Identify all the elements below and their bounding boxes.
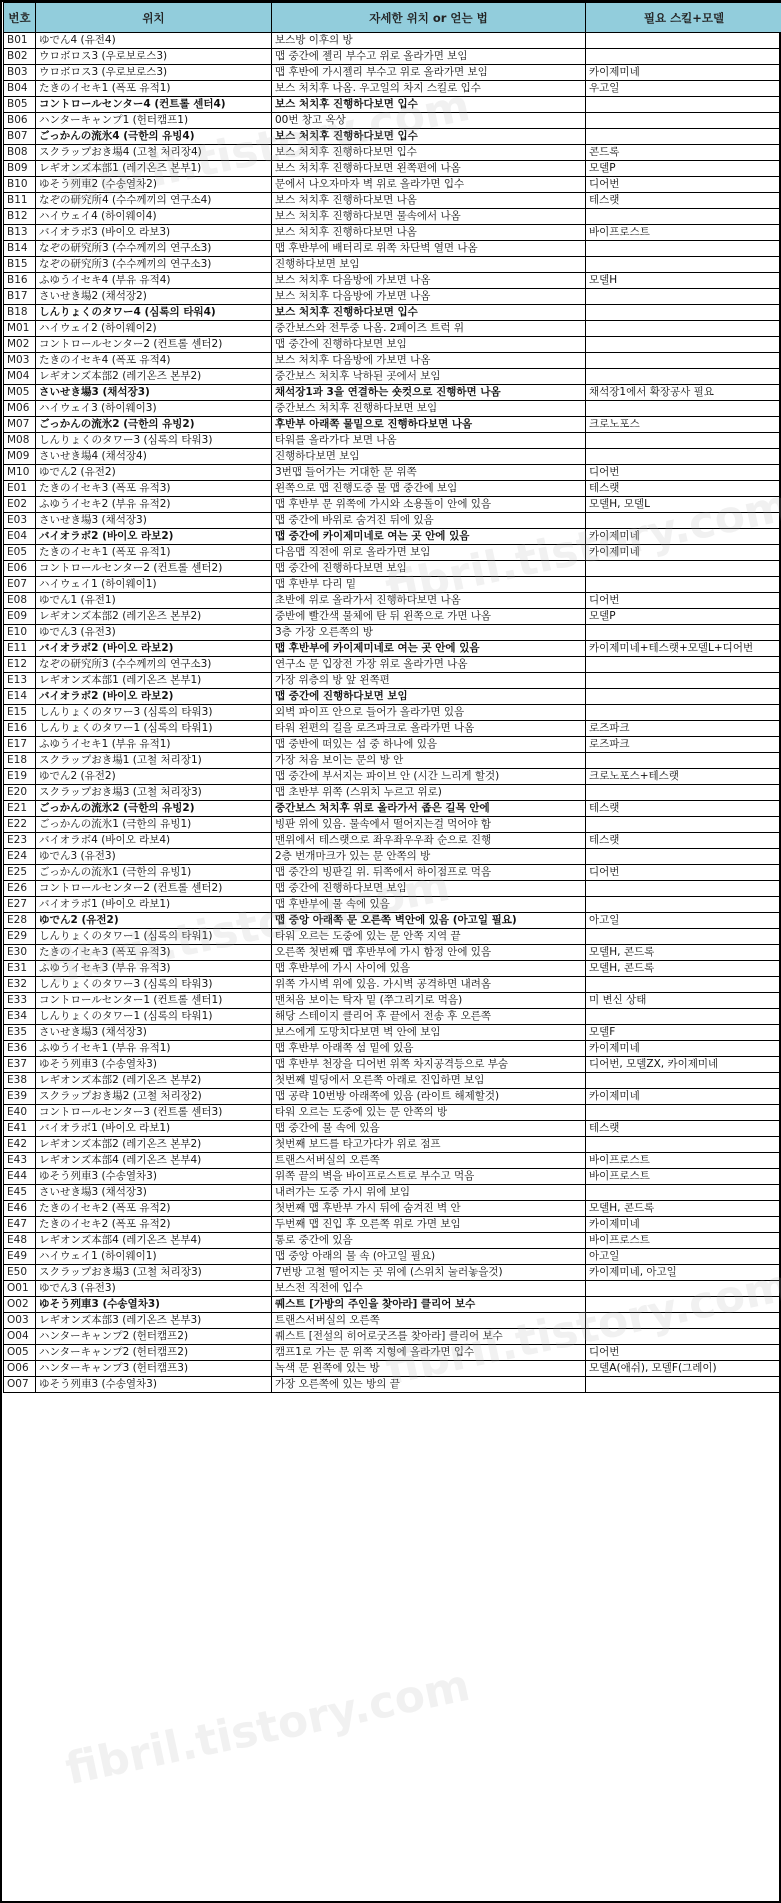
table-row: E34しんりょくのタワー1 (심록의 타워1)해당 스테이지 클리어 후 끝에서… [4,1009,781,1025]
cell-required: 미 변신 상태 [586,993,781,1009]
cell-required [586,33,781,49]
cell-detail: 후반부 아래쪽 물밑으로 진행하다보면 나옴 [272,417,586,433]
cell-number: E14 [4,689,36,705]
table-row: E01たきのイセキ3 (폭포 유적3)왼쪽으로 맵 진행도중 물 맵 중간에 보… [4,481,781,497]
cell-detail: 맵 중간에 진행하다보면 보임 [272,881,586,897]
table-row: E07ハイウェイ1 (하이웨이1)맵 후반부 다리 밑 [4,577,781,593]
cell-location: ごっかんの流氷4 (극한의 유빙4) [36,129,272,145]
cell-required: 모델H, 콘드록 [586,961,781,977]
table-row: E15しんりょくのタワー3 (심록의 타워3)외벽 파이프 안으로 들어가 올라… [4,705,781,721]
cell-location: さいせき場3 (채석장3) [36,1185,272,1201]
cell-location: なぞの研究所3 (수수께끼의 연구소3) [36,657,272,673]
table-row: B13バイオラボ3 (바이오 라보3)보스 처치후 진행하다보면 나옴바이프로스… [4,225,781,241]
cell-required [586,881,781,897]
cell-required [586,321,781,337]
cell-number: M05 [4,385,36,401]
cell-number: B07 [4,129,36,145]
cell-location: しんりょくのタワー4 (심록의 타워4) [36,305,272,321]
cell-number: E47 [4,1217,36,1233]
cell-location: ごっかんの流氷2 (극한의 유빙2) [36,801,272,817]
cell-required [586,929,781,945]
cell-location: しんりょくのタワー3 (심록의 타워3) [36,433,272,449]
cell-number: B05 [4,97,36,113]
cell-required [586,753,781,769]
cell-location: スクラップおき場3 (고철 처리장3) [36,785,272,801]
cell-detail: 맨위에서 테스랫으로 좌우좌우우좌 순으로 진행 [272,833,586,849]
cell-location: ゆでん2 (유전2) [36,769,272,785]
cell-detail: 보스 처치후 진행하다보면 입수 [272,97,586,113]
cell-location: しんりょくのタワー3 (심록의 타워3) [36,705,272,721]
cell-location: スクラップおき場4 (고철 처리장4) [36,145,272,161]
cell-location: たきのイセキ2 (폭포 유적2) [36,1201,272,1217]
table-row: M08しんりょくのタワー3 (심록의 타워3)타워를 올라가다 보면 나옴 [4,433,781,449]
cell-number: E46 [4,1201,36,1217]
cell-required: 테스랫 [586,481,781,497]
cell-number: E39 [4,1089,36,1105]
table-row: E13レギオンズ本部1 (레기온즈 본부1)가장 위층의 방 앞 왼쪽편 [4,673,781,689]
table-row: B01ゆでん4 (유전4)보스방 이후의 방 [4,33,781,49]
cell-required: 카이제미네, 아고일 [586,1265,781,1281]
table-row: E35さいせき場3 (채석장3)보스에게 도망치다보면 벽 안에 보임모델F [4,1025,781,1041]
cell-required: 바이프로스트 [586,1233,781,1249]
cell-detail: 중간보스 처치후 진행하다보면 보임 [272,401,586,417]
cell-number: M04 [4,369,36,385]
cell-required [586,401,781,417]
cell-required [586,561,781,577]
table-row: E50スクラップおき場3 (고철 처리장3)7번방 고철 떨어지는 곳 위에 (… [4,1265,781,1281]
table-row: E32しんりょくのタワー3 (심록의 타워3)위쪽 가시벽 위에 있음. 가시벽… [4,977,781,993]
cell-detail: 맵 중간에 진행하다보면 보임 [272,689,586,705]
cell-number: E31 [4,961,36,977]
cell-location: バイオラボ3 (바이오 라보3) [36,225,272,241]
cell-number: E19 [4,769,36,785]
cell-required: 아고일 [586,1249,781,1265]
table-row: M03たきのイセキ4 (폭포 유적4)보스 처치후 다음방에 가보면 나옴 [4,353,781,369]
cell-location: レギオンズ本部2 (레기온즈 본부2) [36,369,272,385]
cell-required: 크로노포스+테스랫 [586,769,781,785]
cell-detail: 보스 처치후 다음방에 가보면 나옴 [272,353,586,369]
cell-location: たきのイセキ1 (폭포 유적1) [36,545,272,561]
cell-number: B14 [4,241,36,257]
cell-location: ハンターキャンプ3 (헌터캠프3) [36,1361,272,1377]
cell-required: 로즈파크 [586,721,781,737]
cell-detail: 맵 중간에 젤리 부수고 위로 올라가면 보임 [272,49,586,65]
table-row: E19ゆでん2 (유전2)맵 중간에 부서지는 파이브 안 (시간 느리게 할것… [4,769,781,785]
cell-location: ごっかんの流氷1 (극한의 유빙1) [36,817,272,833]
cell-detail: 첫번째 빌딩에서 오른쪽 아래로 진입하면 보임 [272,1073,586,1089]
table-row: E22ごっかんの流氷1 (극한의 유빙1)빙판 위에 있음. 물속에서 떨어지는… [4,817,781,833]
cell-location: さいせき場3 (채석장3) [36,1025,272,1041]
cell-detail: 맵 후반부 천장을 디어번 위쪽 차지공격등으로 부숨 [272,1057,586,1073]
cell-detail: 맵 후반부에 배터리로 위쪽 차단벽 열면 나옴 [272,241,586,257]
cell-detail: 타워 왼편의 길을 로즈파크로 올라가면 나옴 [272,721,586,737]
table-row: B15なぞの研究所3 (수수께끼의 연구소3)진행하다보면 보임 [4,257,781,273]
table-row: E21ごっかんの流氷2 (극한의 유빙2)중간보스 처치후 위로 올라가서 좁은… [4,801,781,817]
cell-required: 바이프로스트 [586,225,781,241]
cell-location: ゆでん3 (유전3) [36,849,272,865]
cell-required: 카이제미네 [586,1217,781,1233]
cell-required: 테스랫 [586,1121,781,1137]
cell-number: E27 [4,897,36,913]
table-row: E44ゆそう列車3 (수송열차3)위쪽 끝의 벽을 바이프로스트로 부수고 먹음… [4,1169,781,1185]
cell-detail: 맵 중간에 카이제미네로 여는 곳 안에 있음 [272,529,586,545]
cell-location: レギオンズ本部4 (레기온즈 본부4) [36,1153,272,1169]
cell-required [586,1329,781,1345]
cell-detail: 첫번째 맵 후반부 가시 뒤에 숨겨진 벽 안 [272,1201,586,1217]
cell-required [586,785,781,801]
cell-required [586,433,781,449]
cell-number: E13 [4,673,36,689]
cell-number: E01 [4,481,36,497]
table-row: E05たきのイセキ1 (폭포 유적1)다음맵 직전에 위로 올라가면 보임카이제… [4,545,781,561]
cell-detail: 채석장1과 3을 연결하는 숏컷으로 진행하면 나옴 [272,385,586,401]
cell-location: コントロールセンター4 (컨트롤 센터4) [36,97,272,113]
cell-detail: 위쪽 가시벽 위에 있음. 가시벽 공격하면 내려옴 [272,977,586,993]
cell-location: バイオラボ1 (바이오 라보1) [36,897,272,913]
cell-detail: 타워를 올라가다 보면 나옴 [272,433,586,449]
cell-detail: 맵 중간에 진행하다보면 보임 [272,337,586,353]
table-row: B08スクラップおき場4 (고철 처리장4)보스 처치후 진행하다보면 입수콘드… [4,145,781,161]
cell-detail: 보스에게 도망치다보면 벽 안에 보임 [272,1025,586,1041]
cell-number: E02 [4,497,36,513]
cell-detail: 맵 중간의 빙판길 위. 뒤쪽에서 하이점프로 먹음 [272,865,586,881]
table-header-row: 번호 위치 자세한 위치 or 얻는 법 필요 스킬+모델 [4,3,781,33]
cell-number: E08 [4,593,36,609]
table-row: E39スクラップおき場2 (고철 처리장2)맵 공략 10번방 아래쪽에 있음 … [4,1089,781,1105]
cell-required: 카이제미네 [586,65,781,81]
cell-number: O01 [4,1281,36,1297]
cell-detail: 중간보스 처치후 낙하된 곳에서 보임 [272,369,586,385]
table-row: B06ハンターキャンプ1 (헌터캠프1)00번 창고 옥상 [4,113,781,129]
cell-detail: 맵 중앙 아래쪽 문 오른쪽 벽안에 있음 (아고일 필요) [272,913,586,929]
cell-number: E06 [4,561,36,577]
cell-number: B16 [4,273,36,289]
cell-detail: 왼쪽으로 맵 진행도중 물 맵 중간에 보임 [272,481,586,497]
table-row: B12ハイウェイ4 (하이웨이4)보스 처치후 진행하다보면 물속에서 나옴 [4,209,781,225]
cell-detail: 퀘스트 [전설의 히어로굿즈를 찾아라] 클리어 보수 [272,1329,586,1345]
table-row: E31ふゆうイセキ3 (부유 유적3)맵 후반부에 가시 사이에 있음모델H, … [4,961,781,977]
cell-required [586,337,781,353]
cell-number: M09 [4,449,36,465]
table-row: E48レギオンズ本部4 (레기온즈 본부4)통로 중간에 있음바이프로스트 [4,1233,781,1249]
collectibles-table: 번호 위치 자세한 위치 or 얻는 법 필요 스킬+모델 B01ゆでん4 (유… [3,2,781,1393]
cell-location: ゆでん3 (유전3) [36,625,272,641]
cell-required [586,257,781,273]
cell-detail: 보스 처치후 진행하다보면 물속에서 나옴 [272,209,586,225]
cell-detail: 타워 오르는 도중에 있는 문 안쪽 지역 끝 [272,929,586,945]
cell-number: E07 [4,577,36,593]
cell-detail: 가장 오른쪽에 있는 방의 끝 [272,1377,586,1393]
table-row: M04レギオンズ本部2 (레기온즈 본부2)중간보스 처치후 낙하된 곳에서 보… [4,369,781,385]
cell-number: E20 [4,785,36,801]
cell-location: しんりょくのタワー1 (심록의 타워1) [36,721,272,737]
cell-detail: 보스 처치후 진행하다보면 나옴 [272,193,586,209]
table-row: E24ゆでん3 (유전3)2층 번개마크가 있는 문 안쪽의 방 [4,849,781,865]
cell-location: なぞの研究所3 (수수께끼의 연구소3) [36,241,272,257]
cell-required: 우고일 [586,81,781,97]
cell-number: O04 [4,1329,36,1345]
cell-number: E48 [4,1233,36,1249]
cell-number: E36 [4,1041,36,1057]
cell-number: O06 [4,1361,36,1377]
cell-required: 디어번 [586,465,781,481]
cell-required: 채석장1에서 확장공사 필요 [586,385,781,401]
cell-number: E28 [4,913,36,929]
cell-location: さいせき場4 (채석장4) [36,449,272,465]
cell-required: 디어번 [586,593,781,609]
cell-detail: 보스 처치후 진행하다보면 입수 [272,129,586,145]
cell-required [586,209,781,225]
cell-location: ふゆうイセキ1 (부유 유적1) [36,737,272,753]
cell-required: 카이제미네 [586,1041,781,1057]
cell-location: ウロボロス3 (우로보로스3) [36,49,272,65]
cell-number: B18 [4,305,36,321]
table-row: O02ゆそう列車3 (수송열차3)퀘스트 [가방의 주인을 찾아라] 클리어 보… [4,1297,781,1313]
table-row: E37ゆそう列車3 (수송열차3)맵 후반부 천장을 디어번 위쪽 차지공격등으… [4,1057,781,1073]
table-row: O03レギオンズ本部3 (레기온즈 본부3)트랜스서버실의 오른쪽 [4,1313,781,1329]
cell-required: 테스랫 [586,833,781,849]
table-row: O04ハンターキャンプ2 (헌터캠프2)퀘스트 [전설의 히어로굿즈를 찾아라]… [4,1329,781,1345]
cell-detail: 진행하다보면 보임 [272,449,586,465]
cell-location: スクラップおき場1 (고철 처리장1) [36,753,272,769]
cell-location: コントロールセンター2 (컨트롤 센터2) [36,337,272,353]
cell-detail: 초반에 위로 올라가서 진행하다보면 나옴 [272,593,586,609]
table-row: B04たきのイセキ1 (폭포 유적1)보스 처치후 나옴. 우고일의 차지 스킬… [4,81,781,97]
table-row: E20スクラップおき場3 (고철 처리장3)맵 초반부 위쪽 (스위치 누르고 … [4,785,781,801]
cell-location: ウロボロス3 (우로보로스3) [36,65,272,81]
cell-location: スクラップおき場3 (고철 처리장3) [36,1265,272,1281]
cell-number: E42 [4,1137,36,1153]
table-row: E27バイオラボ1 (바이오 라보1)맵 후반부에 물 속에 있음 [4,897,781,913]
cell-detail: 3층 가장 오른쪽의 방 [272,625,586,641]
table-row: E26コントロールセンター2 (컨트롤 센터2)맵 중간에 진행하다보면 보임 [4,881,781,897]
cell-detail: 첫번째 보드를 타고가다가 위로 점프 [272,1137,586,1153]
table-row: E10ゆでん3 (유전3)3층 가장 오른쪽의 방 [4,625,781,641]
cell-required: 모델H, 콘드록 [586,1201,781,1217]
cell-location: レギオンズ本部1 (레기온즈 본부1) [36,161,272,177]
cell-detail: 맵 후반부에 카이제미네로 여는 곳 안에 있음 [272,641,586,657]
cell-location: ハイウェイ2 (하이웨이2) [36,321,272,337]
cell-location: たきのイセキ2 (폭포 유적2) [36,1217,272,1233]
cell-location: レギオンズ本部3 (레기온즈 본부3) [36,1313,272,1329]
cell-number: E25 [4,865,36,881]
cell-detail: 통로 중간에 있음 [272,1233,586,1249]
cell-location: しんりょくのタワー3 (심록의 타워3) [36,977,272,993]
cell-detail: 보스 처치후 다음방에 가보면 나옴 [272,289,586,305]
cell-number: E12 [4,657,36,673]
table-row: B03ウロボロス3 (우로보로스3)맵 후반에 가시젤리 부수고 위로 올라가면… [4,65,781,81]
table-row: E25ごっかんの流氷1 (극한의 유빙1)맵 중간의 빙판길 위. 뒤쪽에서 하… [4,865,781,881]
cell-required: 디어번 [586,177,781,193]
cell-required [586,673,781,689]
cell-number: M06 [4,401,36,417]
table-row: E46たきのイセキ2 (폭포 유적2)첫번째 맵 후반부 가시 뒤에 숨겨진 벽… [4,1201,781,1217]
watermark: fibril.tistory.com [61,1660,474,1795]
table-row: E41バイオラボ1 (바이오 라보1)맵 중간에 물 속에 있음테스랫 [4,1121,781,1137]
table-row: E47たきのイセキ2 (폭포 유적2)두번째 맵 진입 후 오른쪽 위로 가면 … [4,1217,781,1233]
table-row: E18スクラップおき場1 (고철 처리장1)가장 처음 보이는 문의 방 안 [4,753,781,769]
cell-location: しんりょくのタワー1 (심록의 타워1) [36,929,272,945]
cell-number: E29 [4,929,36,945]
cell-number: O05 [4,1345,36,1361]
cell-location: バイオラボ2 (바이오 라보2) [36,689,272,705]
table-row: E40コントロールセンター3 (컨트롤 센터3)타워 오르는 도중에 있는 문 … [4,1105,781,1121]
table-row: B10ゆそう列車2 (수송열차2)문에서 나오자마자 벽 위로 올라가면 입수디… [4,177,781,193]
cell-number: B01 [4,33,36,49]
cell-detail: 보스 처치후 다음방에 가보면 나옴 [272,273,586,289]
cell-detail: 외벽 파이프 안으로 들어가 올라가면 있음 [272,705,586,721]
cell-number: E44 [4,1169,36,1185]
cell-location: ハイウェイ1 (하이웨이1) [36,577,272,593]
cell-location: ふゆうイセキ3 (부유 유적3) [36,961,272,977]
cell-required [586,289,781,305]
cell-required: 카이제미네+테스랫+모델L+디어번 [586,641,781,657]
cell-required [586,689,781,705]
cell-detail: 문에서 나오자마자 벽 위로 올라가면 입수 [272,177,586,193]
cell-detail: 연구소 문 입장전 가장 위로 올라가면 나옴 [272,657,586,673]
table-row: B18しんりょくのタワー4 (심록의 타워4)보스 처치후 진행하다보면 입수 [4,305,781,321]
header-detail: 자세한 위치 or 얻는 법 [272,3,586,33]
cell-number: O03 [4,1313,36,1329]
table-row: M02コントロールセンター2 (컨트롤 센터2)맵 중간에 진행하다보면 보임 [4,337,781,353]
header-location: 위치 [36,3,272,33]
cell-required [586,897,781,913]
cell-detail: 가장 처음 보이는 문의 방 안 [272,753,586,769]
cell-number: E41 [4,1121,36,1137]
cell-required: 카이제미네 [586,1089,781,1105]
cell-required: 카이제미네 [586,545,781,561]
header-number: 번호 [4,3,36,33]
cell-number: E49 [4,1249,36,1265]
cell-detail: 맵 중간에 물 속에 있음 [272,1121,586,1137]
table-row: E28ゆでん2 (유전2)맵 중앙 아래쪽 문 오른쪽 벽안에 있음 (아고일 … [4,913,781,929]
cell-location: ゆそう列車3 (수송열차3) [36,1377,272,1393]
table-row: O06ハンターキャンプ3 (헌터캠프3)녹색 문 왼쪽에 있는 방모델A(애쉬)… [4,1361,781,1377]
table-row: E36ふゆうイセキ1 (부유 유적1)맵 후반부 아래쪽 섬 밑에 있음카이제미… [4,1041,781,1057]
cell-number: E09 [4,609,36,625]
cell-location: ゆでん2 (유전2) [36,913,272,929]
cell-location: ゆそう列車3 (수송열차3) [36,1169,272,1185]
cell-number: E24 [4,849,36,865]
table-row: E29しんりょくのタワー1 (심록의 타워1)타워 오르는 도중에 있는 문 안… [4,929,781,945]
cell-number: E05 [4,545,36,561]
cell-number: E11 [4,641,36,657]
cell-location: ごっかんの流氷2 (극한의 유빙2) [36,417,272,433]
cell-required [586,1185,781,1201]
cell-required [586,513,781,529]
cell-required: 모델H, 모델L [586,497,781,513]
cell-required: 디어번 [586,865,781,881]
cell-number: B03 [4,65,36,81]
table-row: B07ごっかんの流氷4 (극한의 유빙4)보스 처치후 진행하다보면 입수 [4,129,781,145]
cell-location: なぞの研究所3 (수수께끼의 연구소3) [36,257,272,273]
cell-location: たきのイセキ3 (폭포 유적3) [36,945,272,961]
cell-number: E33 [4,993,36,1009]
cell-location: ハンターキャンプ2 (헌터캠프2) [36,1329,272,1345]
table-row: O05ハンターキャンプ2 (헌터캠프2)캠프1로 가는 문 위쪽 지형에 올라가… [4,1345,781,1361]
cell-location: バイオラボ2 (바이오 라보2) [36,641,272,657]
cell-required: 디어번, 모델ZX, 카이제미네 [586,1057,781,1073]
cell-detail: 3번맵 들어가는 거대한 문 위쪽 [272,465,586,481]
table-row: E23バイオラボ4 (바이오 라보4)맨위에서 테스랫으로 좌우좌우우좌 순으로… [4,833,781,849]
cell-required [586,1009,781,1025]
table-row: E45さいせき場3 (채석장3)내려가는 도중 가시 위에 보임 [4,1185,781,1201]
cell-required: 모델H [586,273,781,289]
cell-required [586,1073,781,1089]
cell-detail: 보스방 이후의 방 [272,33,586,49]
table-row: M09さいせき場4 (채석장4)진행하다보면 보임 [4,449,781,465]
table-row: E04バイオラボ2 (바이오 라보2)맵 중간에 카이제미네로 여는 곳 안에 … [4,529,781,545]
table-row: E33コントロールセンター1 (컨트롤 센터1)맨처음 보이는 탁자 밑 (쭈그… [4,993,781,1009]
cell-location: コントロールセンター2 (컨트롤 센터2) [36,561,272,577]
table-row: B09レギオンズ本部1 (레기온즈 본부1)보스 처치후 진행하다보면 왼쪽편에… [4,161,781,177]
cell-detail: 진행하다보면 보임 [272,257,586,273]
cell-detail: 보스 처치후 진행하다보면 입수 [272,305,586,321]
cell-required [586,1297,781,1313]
cell-number: E35 [4,1025,36,1041]
table-row: E02ふゆうイセキ2 (부유 유적2)맵 후반부 문 위쪽에 가시와 소용돌이 … [4,497,781,513]
table-row: E11バイオラボ2 (바이오 라보2)맵 후반부에 카이제미네로 여는 곳 안에… [4,641,781,657]
cell-location: レギオンズ本部2 (레기온즈 본부2) [36,1137,272,1153]
cell-number: B04 [4,81,36,97]
cell-required [586,369,781,385]
cell-detail: 맵 후반부에 물 속에 있음 [272,897,586,913]
cell-number: O07 [4,1377,36,1393]
cell-required [586,97,781,113]
cell-number: E10 [4,625,36,641]
cell-number: E23 [4,833,36,849]
cell-required: 아고일 [586,913,781,929]
cell-detail: 맵 중반에 떠있는 섬 중 하나에 있음 [272,737,586,753]
cell-required: 바이프로스트 [586,1169,781,1185]
cell-detail: 맵 중간에 진행하다보면 보임 [272,561,586,577]
cell-detail: 가장 위층의 방 앞 왼쪽편 [272,673,586,689]
cell-detail: 중간보스 처치후 위로 올라가서 좁은 길목 안에 [272,801,586,817]
cell-number: B08 [4,145,36,161]
cell-detail: 캠프1로 가는 문 위쪽 지형에 올라가면 입수 [272,1345,586,1361]
cell-required: 콘드록 [586,145,781,161]
cell-number: E43 [4,1153,36,1169]
cell-required [586,849,781,865]
cell-detail: 보스 처치후 나옴. 우고일의 차지 스킬로 입수 [272,81,586,97]
table-row: E06コントロールセンター2 (컨트롤 센터2)맵 중간에 진행하다보면 보임 [4,561,781,577]
cell-number: E04 [4,529,36,545]
cell-location: ゆでん3 (유전3) [36,1281,272,1297]
cell-location: コントロールセンター2 (컨트롤 센터2) [36,881,272,897]
table-row: B11なぞの研究所4 (수수께끼의 연구소4)보스 처치후 진행하다보면 나옴테… [4,193,781,209]
table-row: E17ふゆうイセキ1 (부유 유적1)맵 중반에 떠있는 섬 중 하나에 있음로… [4,737,781,753]
cell-number: M08 [4,433,36,449]
cell-required: 크로노포스 [586,417,781,433]
cell-detail: 빙판 위에 있음. 물속에서 떨어지는걸 먹어야 함 [272,817,586,833]
cell-detail: 중간보스와 전투중 나옴. 2페이즈 트럭 위 [272,321,586,337]
cell-detail: 맵 후반부 문 위쪽에 가시와 소용돌이 안에 있음 [272,497,586,513]
cell-required [586,113,781,129]
cell-required [586,305,781,321]
table-row: B17さいせき場2 (채석장2)보스 처치후 다음방에 가보면 나옴 [4,289,781,305]
cell-required [586,1377,781,1393]
cell-location: ごっかんの流氷1 (극한의 유빙1) [36,865,272,881]
table-row: E08ゆでん1 (유전1)초반에 위로 올라가서 진행하다보면 나옴디어번 [4,593,781,609]
cell-number: B10 [4,177,36,193]
cell-detail: 해당 스테이지 클리어 후 끝에서 전송 후 오른쪽 [272,1009,586,1025]
cell-location: たきのイセキ1 (폭포 유적1) [36,81,272,97]
cell-number: E15 [4,705,36,721]
cell-required [586,657,781,673]
cell-required [586,353,781,369]
cell-detail: 두번째 맵 진입 후 오른쪽 위로 가면 보임 [272,1217,586,1233]
cell-detail: 맵 후반에 가시젤리 부수고 위로 올라가면 보임 [272,65,586,81]
